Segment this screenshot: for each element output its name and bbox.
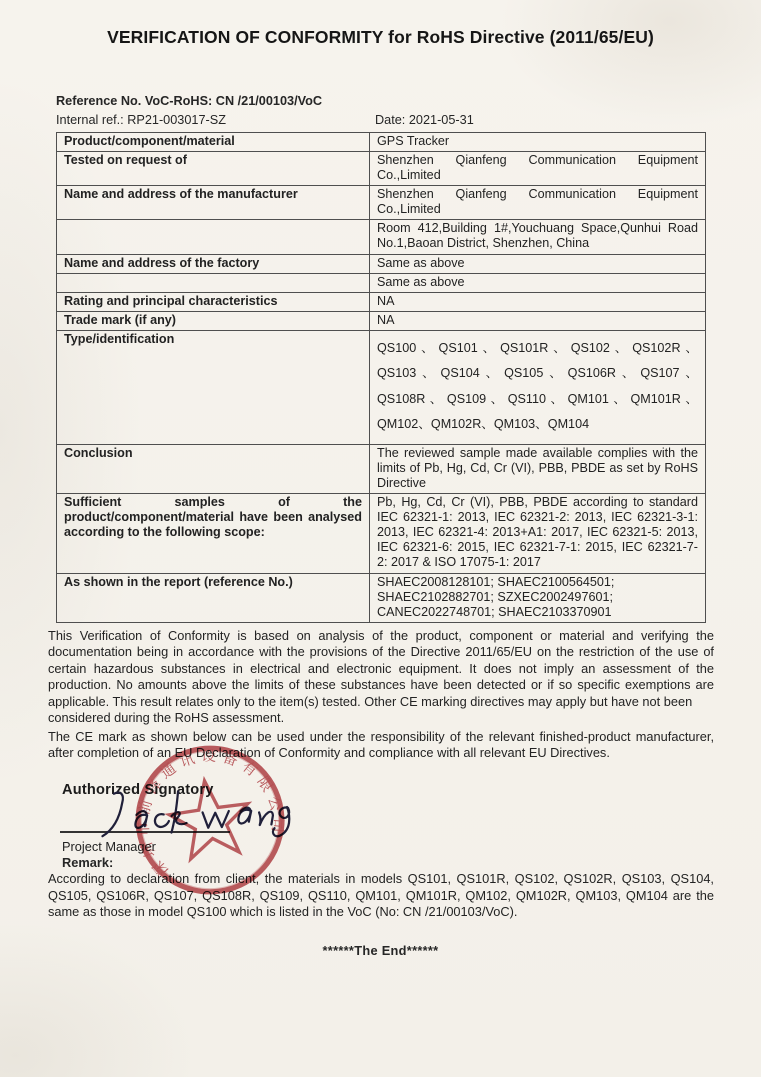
row-value: The reviewed sample made available compl…: [370, 444, 706, 493]
voc-table-body: Product/component/materialGPS TrackerTes…: [57, 132, 706, 622]
row-label: Tested on request of: [57, 151, 370, 185]
table-row: Name and address of the manufacturerShen…: [57, 186, 706, 220]
row-value: QS100、QS101、QS101R、QS102、QS102R、QS103、QS…: [370, 330, 706, 444]
table-row: Product/component/materialGPS Tracker: [57, 132, 706, 151]
internal-ref: Internal ref.: RP21-003017-SZ: [56, 113, 226, 127]
remark-paragraph: According to declaration from client, th…: [48, 871, 714, 920]
row-value: Shenzhen Qianfeng Communication Equipmen…: [370, 151, 706, 185]
date-value: Date: 2021-05-31: [375, 113, 474, 129]
voc-table: Product/component/materialGPS TrackerTes…: [56, 132, 706, 623]
end-marker: ******The End******: [0, 943, 761, 958]
row-value: Shenzhen Qianfeng Communication Equipmen…: [370, 186, 706, 220]
internal-ref-line: Internal ref.: RP21-003017-SZ Date: 2021…: [56, 113, 705, 132]
row-value: NA: [370, 292, 706, 311]
row-label: Name and address of the manufacturer: [57, 186, 370, 220]
table-row: Type/identificationQS100、QS101、QS101R、QS…: [57, 330, 706, 444]
table-row: Same as above: [57, 273, 706, 292]
table-row: Rating and principal characteristicsNA: [57, 292, 706, 311]
row-label: [57, 273, 370, 292]
row-value: Room 412,Building 1#,Youchuang Space,Qun…: [370, 220, 706, 254]
row-label: Product/component/material: [57, 132, 370, 151]
row-label: As shown in the report (reference No.): [57, 573, 370, 622]
row-label: Trade mark (if any): [57, 311, 370, 330]
disclaimer-text: This Verification of Conformity is based…: [48, 628, 714, 710]
disclaimer-paragraph: This Verification of Conformity is based…: [48, 628, 714, 727]
table-row: As shown in the report (reference No.)SH…: [57, 573, 706, 622]
row-value: Same as above: [370, 254, 706, 273]
table-row: Name and address of the factorySame as a…: [57, 254, 706, 273]
row-value: Pb, Hg, Cd, Cr (VI), PBB, PBDE according…: [370, 494, 706, 574]
row-label: Name and address of the factory: [57, 254, 370, 273]
reference-number: Reference No. VoC-RoHS: CN /21/00103/VoC: [56, 94, 705, 110]
signature-area: [58, 798, 761, 839]
row-label: Sufficient samples of the product/compon…: [57, 494, 370, 574]
table-row: Trade mark (if any)NA: [57, 311, 706, 330]
table-row: ConclusionThe reviewed sample made avail…: [57, 444, 706, 493]
row-label: Rating and principal characteristics: [57, 292, 370, 311]
table-row: Sufficient samples of the product/compon…: [57, 494, 706, 574]
reference-header: Reference No. VoC-RoHS: CN /21/00103/VoC…: [56, 94, 705, 132]
table-row: Tested on request ofShenzhen Qianfeng Co…: [57, 151, 706, 185]
ce-mark-paragraph: The CE mark as shown below can be used u…: [48, 729, 714, 762]
row-value: Same as above: [370, 273, 706, 292]
signature-handwriting: [81, 779, 302, 852]
remark-label: Remark:: [62, 855, 761, 870]
table-row: Room 412,Building 1#,Youchuang Space,Qun…: [57, 220, 706, 254]
page-title: VERIFICATION OF CONFORMITY for RoHS Dire…: [0, 27, 761, 48]
row-label: Type/identification: [57, 330, 370, 444]
row-value: NA: [370, 311, 706, 330]
disclaimer-text-continued: considered during the RoHS assessment.: [48, 710, 714, 726]
row-label: [57, 220, 370, 254]
row-value: SHAEC2008128101; SHAEC2100564501; SHAEC2…: [370, 573, 706, 622]
row-value: GPS Tracker: [370, 132, 706, 151]
document-page: VERIFICATION OF CONFORMITY for RoHS Dire…: [0, 0, 761, 1077]
row-label: Conclusion: [57, 444, 370, 493]
